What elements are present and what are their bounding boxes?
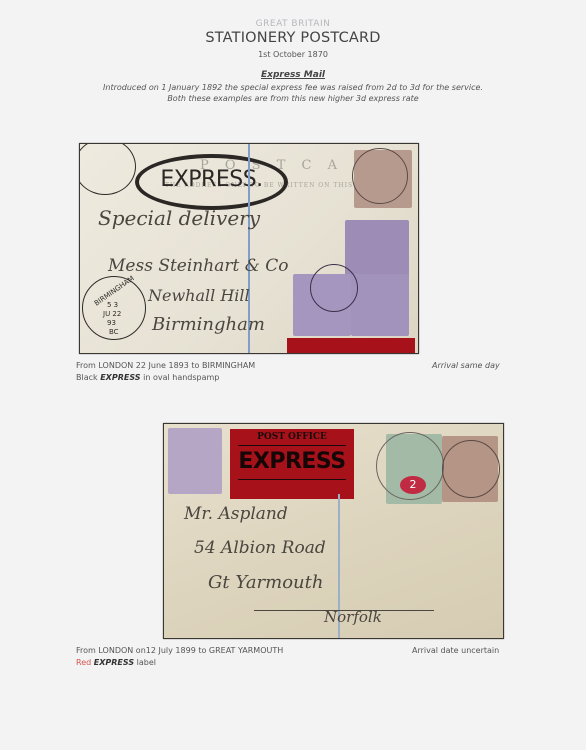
postmark-london-stamp <box>352 148 408 204</box>
issue-date: 1st October 1870 <box>0 50 586 59</box>
stamp-lilac <box>168 428 222 494</box>
postmark-birmingham: BIRMINGHAM 5 3 JU 22 93 BC <box>82 276 146 340</box>
express-red-label: POST OFFICE EXPRESS <box>230 429 354 499</box>
country-heading: GREAT BRITAIN <box>0 19 586 29</box>
postmark-2 <box>442 440 500 498</box>
postcard-1-image: P O S T C A R D THE ADDRESS ONLY TO BE W… <box>79 143 419 354</box>
caption-2-route: From LONDON on12 July 1899 to GREAT YARM… <box>76 645 283 657</box>
caption-2-desc: Red EXPRESS label <box>76 657 283 669</box>
intro-line-2: Both these examples are from this new hi… <box>0 93 586 104</box>
intro-line-1: Introduced on 1 January 1892 the special… <box>0 82 586 93</box>
intro-text: Introduced on 1 January 1892 the special… <box>0 82 586 104</box>
page-title: STATIONERY POSTCARD <box>0 30 586 46</box>
postcard-2-image: POST OFFICE EXPRESS 2 Mr. Aspland 54 Alb… <box>163 423 504 639</box>
underline-stroke <box>254 610 434 611</box>
express-oval-handstamp: EXPRESS. <box>135 154 288 210</box>
caption-1-arrival: Arrival same day <box>432 360 500 372</box>
stamp-lilac-3 <box>351 274 409 336</box>
caption-1: From LONDON 22 June 1893 to BIRMINGHAM B… <box>76 360 255 384</box>
section-title: Express Mail <box>0 70 586 80</box>
caption-2: From LONDON on12 July 1899 to GREAT YARM… <box>76 645 283 669</box>
caption-1-desc: Black EXPRESS in oval handspamp <box>76 372 255 384</box>
postmark-cancel <box>310 264 358 312</box>
handwriting-line-1: Mr. Aspland <box>184 504 288 524</box>
handwriting-line-1: Special delivery <box>98 206 260 230</box>
handwriting-line-3: Newhall Hill <box>148 286 250 305</box>
handwriting-line-3: Gt Yarmouth <box>208 572 323 593</box>
caption-2-arrival: Arrival date uncertain <box>412 645 499 657</box>
handwriting-line-4: Birmingham <box>152 314 265 335</box>
post-office-label-partial <box>287 338 415 354</box>
postmark-1 <box>376 432 444 500</box>
handwriting-line-2: 54 Albion Road <box>194 538 326 558</box>
postmark-london <box>79 143 136 195</box>
handwriting-line-2: Mess Steinhart & Co <box>108 256 288 276</box>
caption-1-route: From LONDON 22 June 1893 to BIRMINGHAM <box>76 360 255 372</box>
